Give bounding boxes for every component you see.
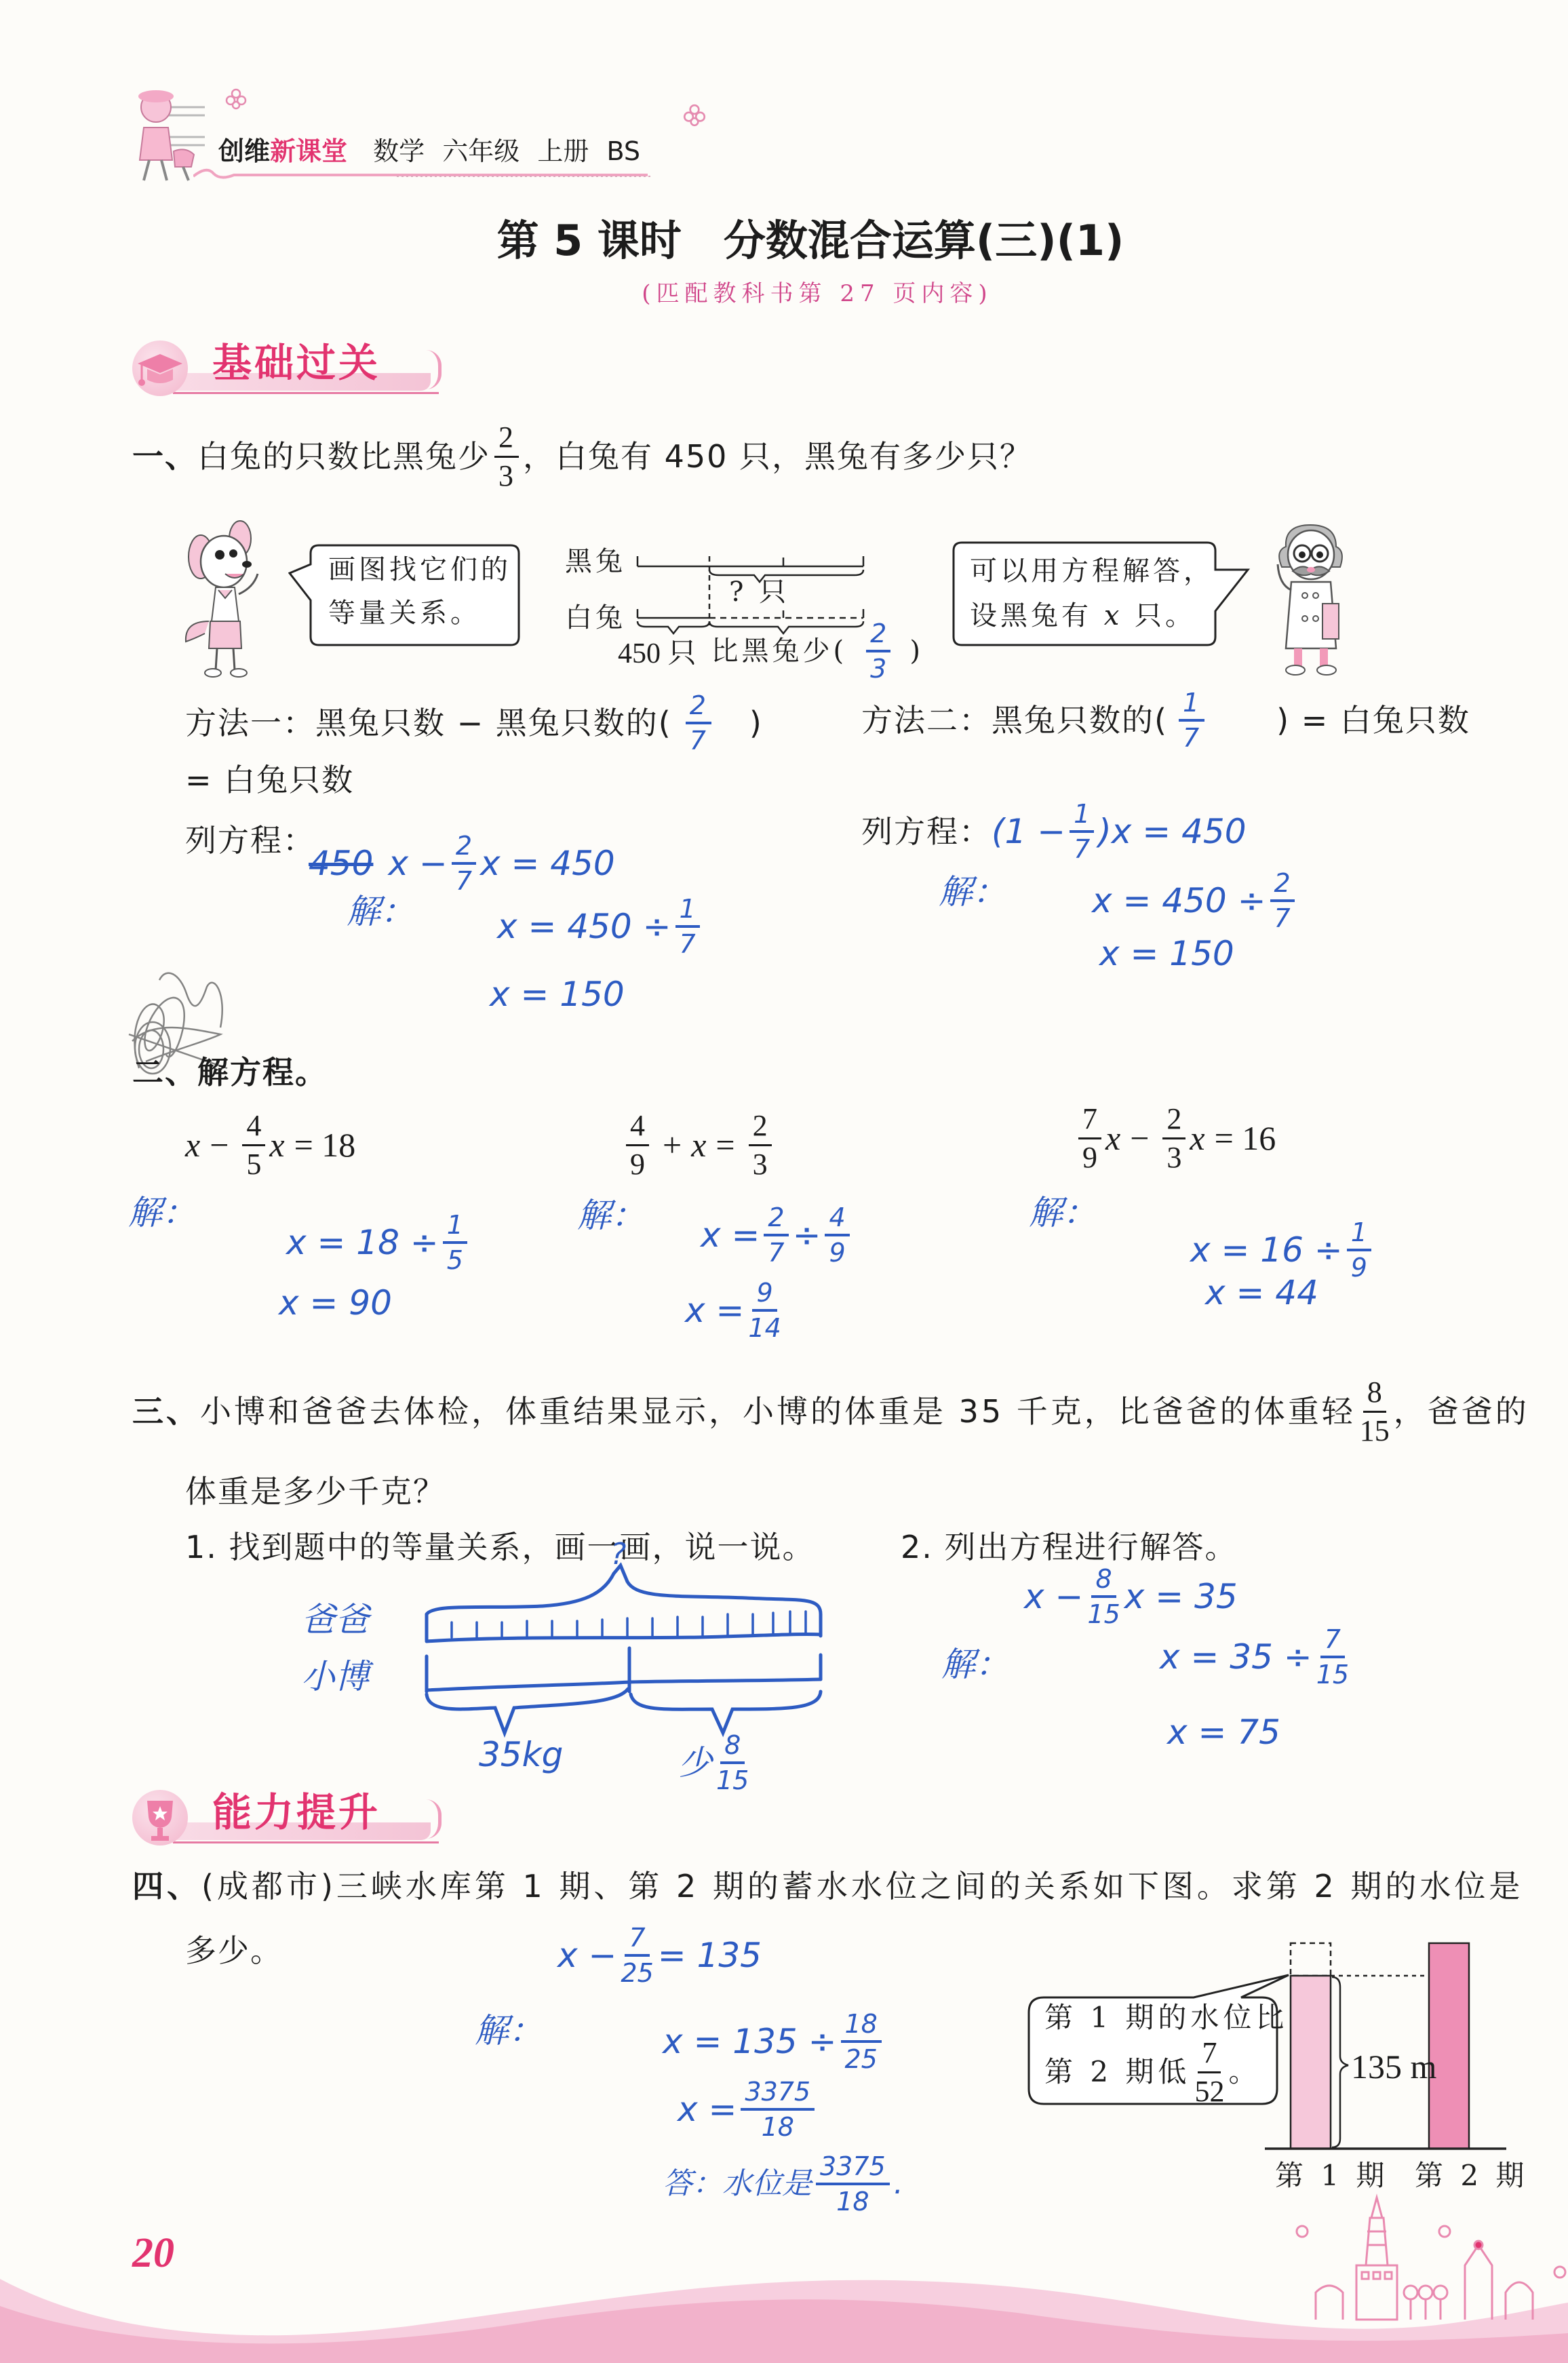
q3-step1: x = 35 ÷ 715 xyxy=(1160,1620,1353,1694)
q1-number: 一、 xyxy=(132,437,197,475)
equation-2: 49 + x = 23 xyxy=(622,1108,776,1182)
method1-equation-label: 列方程： xyxy=(185,821,315,859)
sketch-difference-label: 少 815 xyxy=(678,1725,753,1800)
q3-number: 三、 xyxy=(132,1392,200,1430)
fraction: 23 xyxy=(494,423,519,491)
method2-step1: x = 450 ÷ 27 xyxy=(1092,863,1299,938)
method1-statement-line2: = 白兔只数 xyxy=(185,761,354,799)
sketch-son-weight: 35kg xyxy=(479,1734,563,1775)
q4-step1: x = 135 ÷ 1825 xyxy=(663,2004,886,2079)
method1-statement: 方法一：黑兔只数 − 黑兔只数的( 27 ) xyxy=(185,686,763,760)
equation-3-step2: x = 44 xyxy=(1205,1272,1318,1313)
professor-mascot-illustration xyxy=(1266,520,1367,678)
equation-1-step1: x = 18 ÷ 15 xyxy=(286,1205,471,1280)
q4-stem-line1: 四、(成都市)三峡水库第 1 期、第 2 期的蓄水水位之间的关系如下图。求第 2… xyxy=(132,1867,1523,1905)
method2-step2: x = 150 xyxy=(1099,933,1234,974)
badge-underline xyxy=(173,392,439,394)
q1-stem-text-b: ，白兔有 450 只，黑兔有多少只？ xyxy=(523,437,1032,475)
professor-bubble-line1: 可以用方程解答， xyxy=(970,554,1214,588)
section-badge-basic: 基础过关 xyxy=(132,338,451,399)
equation-2-step1: x = 27 ÷ 49 xyxy=(701,1198,854,1272)
handwritten-answer: 23 xyxy=(862,621,895,682)
height-measure-label: 135 m xyxy=(1351,2047,1436,2086)
dog-bubble-line1: 画图找它们的 xyxy=(328,553,511,587)
handwritten-bar-sketch xyxy=(407,1546,841,1750)
white-rabbit-count: 450 只 xyxy=(618,631,697,671)
sketch-label-dad: 爸爸 xyxy=(301,1599,369,1640)
flower-decoration xyxy=(224,87,248,111)
dog-mascot-illustration xyxy=(178,520,279,678)
q4-number: 四、 xyxy=(132,1868,201,1905)
method2-equation: 列方程： (1 − 17 )x = 450 xyxy=(861,794,1247,869)
compare-text: 比黑兔少( xyxy=(711,634,848,668)
q4-equation: x − 725 = 135 xyxy=(557,1918,762,1993)
method2-statement: 方法二：黑兔只数的( 17 ) = 白兔只数 xyxy=(861,683,1470,758)
callout-line1: 第 1 期的水位比 xyxy=(1044,2001,1288,2035)
sketch-label-son: 小博 xyxy=(301,1656,369,1697)
lesson-title: 第 5 课时 分数混合运算(三)(1) xyxy=(468,216,1153,266)
solution-label: 解： xyxy=(347,891,414,932)
q4-answer: 答：水位是 337518 . xyxy=(663,2147,903,2221)
solution-label: 解： xyxy=(577,1195,645,1236)
castle-illustration xyxy=(1275,2191,1568,2326)
workbook-page: 创维新课堂 数学 六年级 上册 BS 第 5 课时 分数混合运算(三)(1) (… xyxy=(0,0,1568,2363)
compare-close: ) xyxy=(909,634,924,668)
equation-1: x − 45 x = 18 xyxy=(185,1108,355,1182)
header-underline xyxy=(193,161,661,182)
method1-step1: x = 450 ÷ 17 xyxy=(497,889,704,964)
bar-period-2 xyxy=(1429,1943,1469,2149)
section-badge-advanced: 能力提升 xyxy=(132,1787,451,1848)
dog-bubble-line2: 等量关系。 xyxy=(328,596,481,630)
method2-equation-handwritten: (1 − 17 )x = 450 xyxy=(992,801,1247,862)
diagram-label-black-rabbit: 黑兔 xyxy=(565,545,626,579)
section-title-advanced: 能力提升 xyxy=(212,1789,380,1836)
q3-stem-line2: 体重是多少千克？ xyxy=(185,1472,446,1510)
bar-label-period-1: 第 1 期 xyxy=(1275,2159,1388,2193)
handwritten-answer: 27 xyxy=(682,692,716,754)
solution-label: 解： xyxy=(1029,1192,1097,1233)
q2-heading: 二、解方程。 xyxy=(132,1053,328,1091)
q4-step2: x = 337518 xyxy=(678,2072,819,2147)
page-number: 20 xyxy=(132,2229,174,2277)
sketch-unknown-mark: ? xyxy=(610,1534,626,1575)
solution-label: 解： xyxy=(475,2010,543,2051)
method1-step2: x = 150 xyxy=(490,974,625,1015)
callout-line2: 第 2 期低 752 。 xyxy=(1044,2035,1261,2109)
water-level-figure: 第 1 期的水位比 第 2 期低 752 。 135 m 第 1 期 第 2 期 xyxy=(1017,1926,1533,2211)
equation-3: 79 x − 23 x = 16 xyxy=(1074,1101,1276,1175)
section-title-basic: 基础过关 xyxy=(212,339,380,387)
q1-stem: 一、 白兔的只数比黑兔少 23 ，白兔有 450 只，黑兔有多少只？ xyxy=(132,419,1032,494)
bar-period-1 xyxy=(1291,1976,1331,2149)
equation-2-step2: x = 914 xyxy=(685,1273,785,1348)
bar-label-period-2: 第 2 期 xyxy=(1415,2159,1528,2193)
crossed-out-text: 450 xyxy=(309,843,373,884)
mortarboard-icon xyxy=(132,340,188,396)
q2-number: 二、 xyxy=(132,1054,197,1091)
professor-bubble-line2: 设黑兔有 x 只。 xyxy=(970,599,1196,633)
handwritten-answer: 17 xyxy=(1175,690,1209,751)
equation-1-step2: x = 90 xyxy=(279,1283,392,1323)
method2-equation-label: 列方程： xyxy=(861,813,992,851)
diagram-unknown-label: ? 只 xyxy=(729,575,789,609)
q4-stem-line2: 多少。 xyxy=(185,1932,283,1970)
solution-label: 解： xyxy=(939,872,1006,912)
badge-underline xyxy=(173,1841,439,1843)
solution-label: 解： xyxy=(128,1192,196,1233)
q1-stem-text-a: 白兔的只数比黑兔少 xyxy=(197,437,490,475)
variable-x: x xyxy=(1104,600,1123,631)
solution-label: 解： xyxy=(941,1644,1009,1685)
trophy-icon xyxy=(132,1790,188,1846)
q3-step2: x = 75 xyxy=(1167,1712,1280,1753)
diagram-label-white-rabbit: 白兔 xyxy=(565,601,626,635)
diagram-caption: 450 只 比黑兔少( 23 ) xyxy=(618,614,924,688)
flower-decoration xyxy=(682,102,707,129)
q3-stem-line1: 三、 小博和爸爸去体检，体重结果显示，小博的体重是 35 千克，比爸爸的体重轻 … xyxy=(132,1374,1529,1449)
lesson-subtitle: (匹配教科书第 27 页内容) xyxy=(624,280,1011,307)
